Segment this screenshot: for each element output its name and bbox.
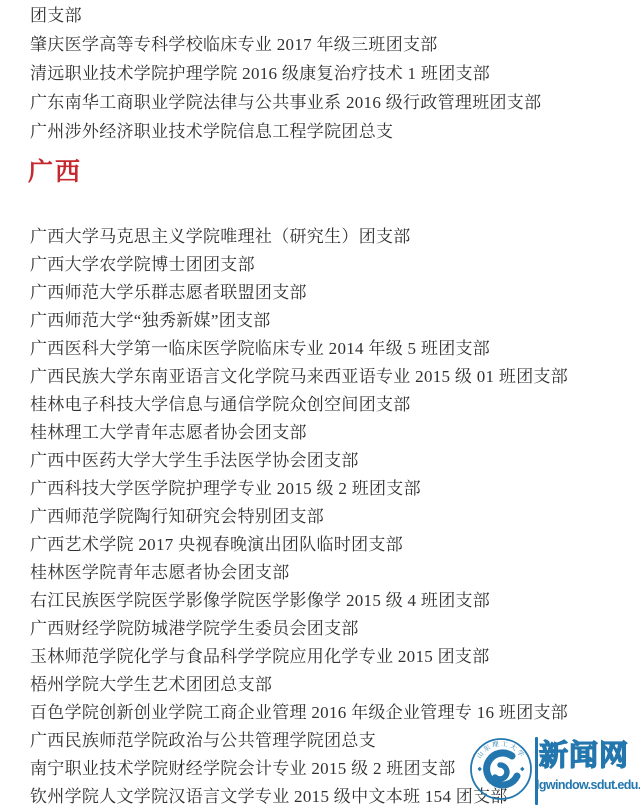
- intro-lines: 团支部 肇庆医学高等专科学校临床专业 2017 年级三班团支部 清远职业技术学院…: [30, 1, 630, 146]
- document-page: 团支部 肇庆医学高等专科学校临床专业 2017 年级三班团支部 清远职业技术学院…: [0, 0, 640, 805]
- list-item: 钦州学院人文学院汉语言文学专业 2015 级中文本班 154 团支部: [30, 783, 630, 805]
- list-item: 广西师范大学乐群志愿者联盟团支部: [30, 279, 630, 307]
- list-item: 广西财经学院防城港学院学生委员会团支部: [30, 615, 630, 643]
- list-item: 梧州学院大学生艺术团团总支部: [30, 671, 630, 699]
- list-item: 广西民族师范学院政治与公共管理学院团总支: [30, 727, 630, 755]
- list-item: 广西大学马克思主义学院唯理社（研究生）团支部: [30, 223, 630, 251]
- intro-line: 广州涉外经济职业技术学院信息工程学院团总支: [30, 117, 630, 146]
- intro-line: 团支部: [30, 1, 630, 30]
- list-item: 桂林医学院青年志愿者协会团支部: [30, 559, 630, 587]
- list-item: 广西师范学院陶行知研究会特别团支部: [30, 503, 630, 531]
- intro-line: 清远职业技术学院护理学院 2016 级康复治疗技术 1 班团支部: [30, 59, 630, 88]
- list-item: 百色学院创新创业学院工商企业管理 2016 年级企业管理专 16 班团支部: [30, 699, 630, 727]
- list-item: 广西师范大学“独秀新媒”团支部: [30, 307, 630, 335]
- branch-list: 广西大学马克思主义学院唯理社（研究生）团支部 广西大学农学院博士团团支部 广西师…: [30, 223, 630, 805]
- list-item: 广西医科大学第一临床医学院临床专业 2014 年级 5 班团支部: [30, 335, 630, 363]
- list-item: 玉林师范学院化学与食品科学学院应用化学专业 2015 团支部: [30, 643, 630, 671]
- list-item: 广西艺术学院 2017 央视春晚演出团队临时团支部: [30, 531, 630, 559]
- list-item: 桂林电子科技大学信息与通信学院众创空间团支部: [30, 391, 630, 419]
- list-item: 右江民族医学院医学影像学院医学影像学 2015 级 4 班团支部: [30, 587, 630, 615]
- list-item: 广西科技大学医学院护理学专业 2015 级 2 班团支部: [30, 475, 630, 503]
- list-item: 广西大学农学院博士团团支部: [30, 251, 630, 279]
- list-item: 广西中医药大学大学生手法医学协会团支部: [30, 447, 630, 475]
- list-item: 广西民族大学东南亚语言文化学院马来西亚语专业 2015 级 01 班团支部: [30, 363, 630, 391]
- list-item: 桂林理工大学青年志愿者协会团支部: [30, 419, 630, 447]
- list-item: 南宁职业技术学院财经学院会计专业 2015 级 2 班团支部: [30, 755, 630, 783]
- intro-line: 肇庆医学高等专科学校临床专业 2017 年级三班团支部: [30, 30, 630, 59]
- intro-line: 广东南华工商职业学院法律与公共事业系 2016 级行政管理班团支部: [30, 88, 630, 117]
- section-heading-guangxi: 广西: [28, 157, 82, 187]
